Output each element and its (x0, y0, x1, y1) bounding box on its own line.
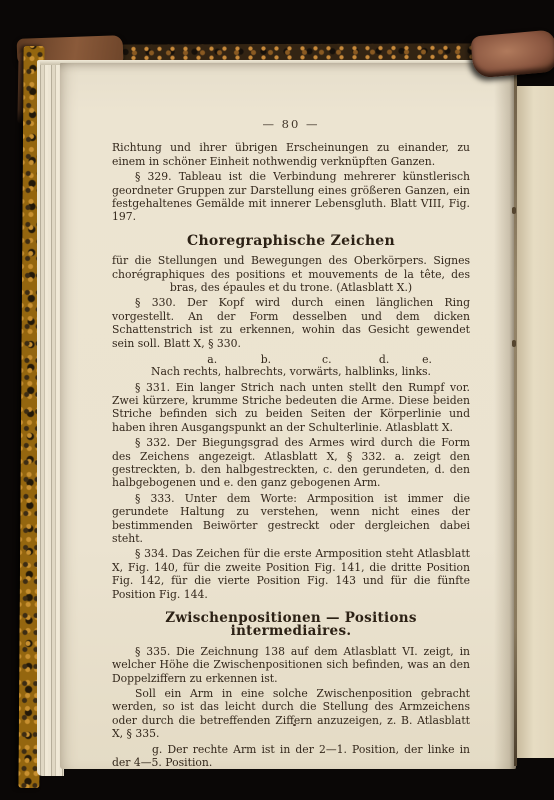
figure-letter-e: e. (422, 353, 432, 366)
section-heading-zwischenpositionen: Zwischenpositionen — Positions intermedi… (112, 612, 470, 639)
paragraph-335b: Soll ein Arm in eine solche Zwischenposi… (112, 687, 470, 741)
paragraph-332: § 332. Der Biegungsgrad des Armes wird d… (112, 436, 470, 490)
page-number: — 80 — (112, 118, 470, 131)
binding-thread-mark (512, 207, 516, 214)
paragraph-329: § 329. Tableau ist die Verbindung mehrer… (112, 170, 470, 224)
paragraph-330: § 330. Der Kopf wird durch einen länglic… (112, 296, 470, 350)
binding-thread-mark (512, 340, 516, 347)
paragraph-continuation: Richtung und ihrer übrigen Erscheinungen… (112, 141, 470, 168)
leather-corner-top-right (470, 29, 554, 78)
section-subtitle: für die Stellungen und Bewegungen des Ob… (112, 254, 470, 294)
paragraph-example-g: g. Der rechte Arm ist in der 2—1. Positi… (112, 743, 470, 770)
figure-letter-c: c. (322, 353, 331, 366)
paragraph-333: § 333. Unter dem Worte: Armposition ist … (112, 492, 470, 546)
figure-letter-row: a. b. c. d. e. (112, 353, 470, 365)
section-heading-choregraphische-zeichen: Choregraphische Zeichen (112, 235, 470, 248)
paragraph-335: § 335. Die Zeichnung 138 auf dem Atlasbl… (112, 645, 470, 685)
figure-letter-a: a. (207, 353, 217, 366)
directions-caption: Nach rechts, halbrechts, vorwärts, halbl… (112, 365, 470, 378)
page-text: — 80 — Richtung und ihrer übrigen Ersche… (112, 118, 470, 771)
gutter-shadow (494, 63, 516, 769)
figure-letter-b: b. (261, 353, 271, 366)
book-photo: — 80 — Richtung und ihrer übrigen Ersche… (0, 0, 554, 800)
paragraph-331: § 331. Ein langer Strich nach unten stel… (112, 381, 470, 435)
figure-letter-d: d. (379, 353, 389, 366)
photo-background: { "colors": { "photo_background": "#0a07… (0, 0, 554, 800)
paragraph-334: § 334. Das Zeichen für die erste Armposi… (112, 547, 470, 601)
facing-page-sliver (517, 86, 554, 758)
